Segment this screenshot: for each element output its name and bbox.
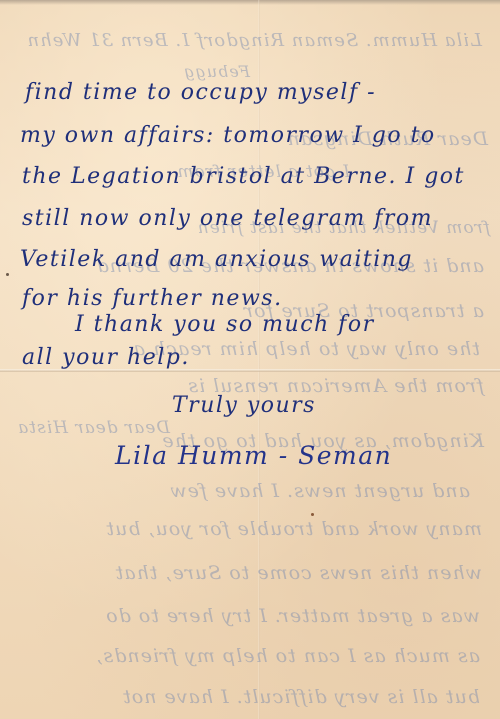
letter-line: I thank you so much for xyxy=(75,312,375,337)
letter-line: still now only one telegram from xyxy=(22,206,433,231)
letter-line: find time to occupy myself - xyxy=(25,80,376,105)
bleed-line: Febugg xyxy=(183,62,250,81)
letter-closing: Truly yours xyxy=(172,393,316,418)
paper-stain xyxy=(311,513,314,516)
letter-signature: Lila Humm - Seman xyxy=(115,441,392,470)
bleed-line: Dear dear Hista xyxy=(17,418,170,438)
bleed-line: Lila Humm. Seman Ringdorf I. Bern 31 Weh… xyxy=(26,30,482,51)
letter-page: Lila Humm. Seman Ringdorf I. Bern 31 Weh… xyxy=(0,0,500,719)
letter-line: my own affairs: tomorrow I go to xyxy=(20,123,436,148)
letter-line: all your help. xyxy=(22,345,190,370)
bleed-line: and urgent news. I have few xyxy=(169,480,470,502)
bleed-line: when this news come to Sure, that xyxy=(115,562,482,584)
bleed-line: as much as I can to help my friends, xyxy=(96,645,481,667)
letter-line: the Legation bristol at Berne. I got xyxy=(22,164,465,189)
bleed-line: but all is very difficult. I have not xyxy=(122,686,480,708)
letter-line: Vetilek and am anxious waiting xyxy=(20,247,413,272)
bleed-line: many work and trouble for you, but xyxy=(106,518,483,540)
letter-line: for his further news. xyxy=(22,286,283,311)
paper-stain xyxy=(6,273,9,276)
bleed-line: was a great matter. I try here to do xyxy=(105,605,480,627)
